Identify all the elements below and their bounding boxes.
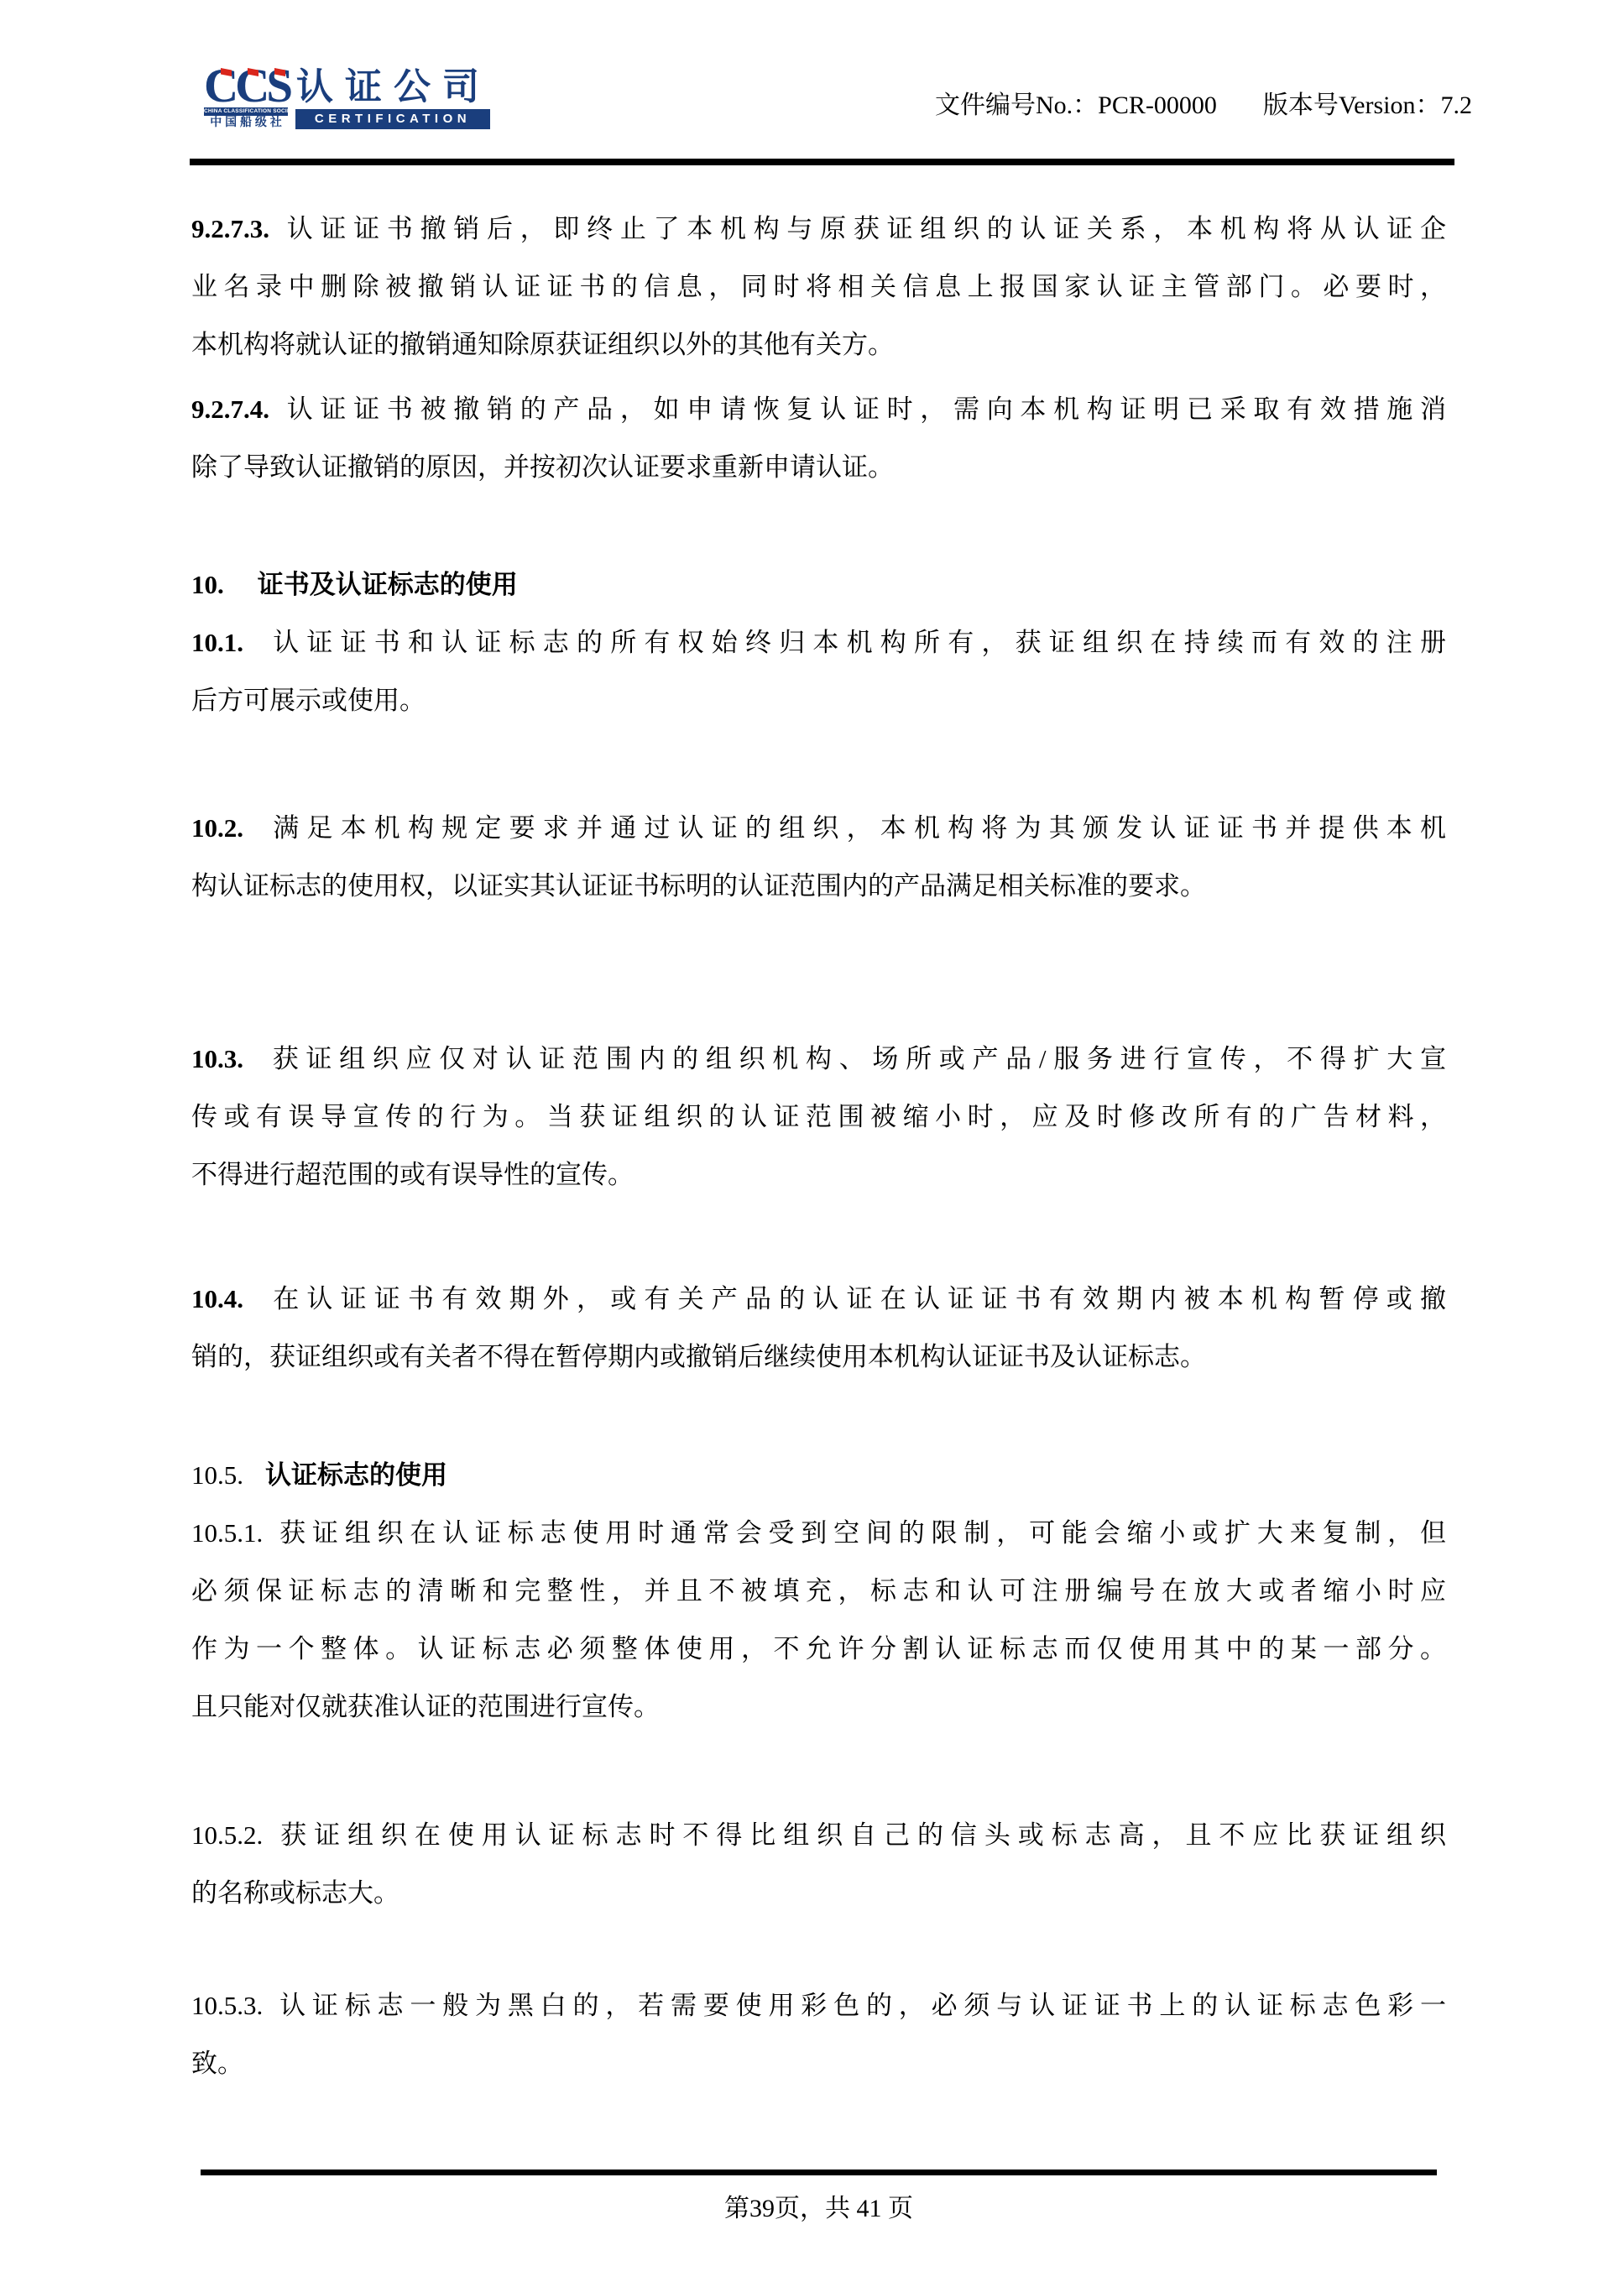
doc-number: 文件编号No.：PCR-00000 <box>935 91 1217 119</box>
text-line: 10.2.满足本机构规定要求并通过认证的组织，本机构将为其颁发认证证书并提供本机 <box>191 799 1446 857</box>
section-10-5-1: 10.5.1.获证组织在认证标志使用时通常会受到空间的限制，可能会缩小或扩大来复… <box>191 1504 1446 1736</box>
line-text: 获证组织在认证标志使用时通常会受到空间的限制，可能会缩小或扩大来复制，但 <box>273 1518 1446 1548</box>
line-text: 满足本机构规定要求并通过认证的组织，本机构将为其颁发认证证书并提供本机 <box>265 813 1446 843</box>
line-text: 不得进行超范围的或有误导性的宣传。 <box>191 1160 634 1189</box>
clause-number: 10.3. <box>191 1044 243 1073</box>
text-line: 的名称或标志大。 <box>191 1864 1446 1922</box>
section-9-2-7-3: 9.2.7.3.认证证书撤销后，即终止了本机构与原获证组织的认证关系，本机构将从… <box>191 200 1446 373</box>
heading-line: 10.5.认证标志的使用 <box>191 1446 1446 1504</box>
line-text: 除了导致认证撤销的原因，并按初次认证要求重新申请认证。 <box>191 452 894 482</box>
clause-number: 10. <box>191 570 224 599</box>
text-line: 10.3.获证组织应仅对认证范围内的组织机构、场所或产品/服务进行宣传，不得扩大… <box>191 1030 1446 1088</box>
text-line: 9.2.7.3.认证证书撤销后，即终止了本机构与原获证组织的认证关系，本机构将从… <box>191 200 1446 258</box>
line-text: 认证证书被撤销的产品，如申请恢复认证时，需向本机构证明已采取有效措施消 <box>279 394 1446 424</box>
line-text: 认证证书和认证标志的所有权始终归本机构所有，获证组织在持续而有效的注册 <box>265 628 1446 657</box>
line-text: 获证组织在使用认证标志时不得比组织自己的信头或标志高，且不应比获证组织 <box>273 1820 1446 1850</box>
header-rule <box>190 159 1454 165</box>
text-line: 10.5.1.获证组织在认证标志使用时通常会受到空间的限制，可能会缩小或扩大来复… <box>191 1504 1446 1562</box>
logo-certification-bar: CERTIFICATION <box>295 109 490 129</box>
line-text: 必须保证标志的清晰和完整性，并且不被填充，标志和认可注册编号在放大或者缩小时应 <box>191 1576 1446 1606</box>
page-number: 第39页，共 41 页 <box>201 2192 1437 2226</box>
text-line: 10.1.认证证书和认证标志的所有权始终归本机构所有，获证组织在持续而有效的注册 <box>191 614 1446 671</box>
text-line: 必须保证标志的清晰和完整性，并且不被填充，标志和认可注册编号在放大或者缩小时应 <box>191 1562 1446 1620</box>
footer-rule <box>201 2170 1437 2175</box>
section-10-5-heading: 10.5.认证标志的使用 <box>191 1446 1446 1504</box>
doc-version: 版本号Version：7.2 <box>1263 91 1472 119</box>
section-10-heading: 10.证书及认证标志的使用 <box>191 556 1446 614</box>
clause-number: 10.4. <box>191 1284 243 1313</box>
text-line: 构认证标志的使用权，以证实其认证证书标明的认证范围内的产品满足相关标准的要求。 <box>191 857 1446 915</box>
line-text: 在认证证书有效期外，或有关产品的认证在认证证书有效期内被本机构暂停或撤 <box>265 1284 1446 1313</box>
heading-text: 证书及认证标志的使用 <box>258 570 518 599</box>
clause-number: 10.5.3. <box>191 1991 263 2020</box>
section-10-3: 10.3.获证组织应仅对认证范围内的组织机构、场所或产品/服务进行宣传，不得扩大… <box>191 1030 1446 1204</box>
line-text: 传或有误导宣传的行为。当获证组织的认证范围被缩小时，应及时修改所有的广告材料， <box>191 1102 1446 1131</box>
text-line: 且只能对仅就获准认证的范围进行宣传。 <box>191 1678 1446 1736</box>
document-body: 9.2.7.3.认证证书撤销后，即终止了本机构与原获证组织的认证关系，本机构将从… <box>191 200 1446 2092</box>
heading-text: 认证标志的使用 <box>265 1460 447 1490</box>
text-line: 10.4.在认证证书有效期外，或有关产品的认证在认证证书有效期内被本机构暂停或撤 <box>191 1270 1446 1328</box>
line-text: 认证证书撤销后，即终止了本机构与原获证组织的认证关系，本机构将从认证企 <box>279 214 1446 243</box>
text-line: 9.2.7.4.认证证书被撤销的产品，如申请恢复认证时，需向本机构证明已采取有效… <box>191 380 1446 438</box>
ccs-logo-letters: CCS <box>204 65 286 107</box>
clause-number: 10.1. <box>191 628 243 657</box>
clause-number: 10.5.2. <box>191 1820 263 1850</box>
text-line: 传或有误导宣传的行为。当获证组织的认证范围被缩小时，应及时修改所有的广告材料， <box>191 1088 1446 1146</box>
section-10-1: 10.1.认证证书和认证标志的所有权始终归本机构所有，获证组织在持续而有效的注册… <box>191 614 1446 729</box>
heading-line: 10.证书及认证标志的使用 <box>191 556 1446 614</box>
line-text: 获证组织应仅对认证范围内的组织机构、场所或产品/服务进行宣传，不得扩大宣 <box>265 1044 1446 1073</box>
line-text: 本机构将就认证的撤销通知除原获证组织以外的其他有关方。 <box>191 330 894 359</box>
text-line: 除了导致认证撤销的原因，并按初次认证要求重新申请认证。 <box>191 438 1446 496</box>
clause-number: 10.5. <box>191 1460 243 1490</box>
text-line: 销的，获证组织或有关者不得在暂停期内或撤销后继续使用本机构认证证书及认证标志。 <box>191 1328 1446 1386</box>
line-text: 销的，获证组织或有关者不得在暂停期内或撤销后继续使用本机构认证证书及认证标志。 <box>191 1342 1206 1371</box>
text-line: 10.5.3.认证标志一般为黑白的，若需要使用彩色的，必须与认证证书上的认证标志… <box>191 1976 1446 2034</box>
section-10-4: 10.4.在认证证书有效期外，或有关产品的认证在认证证书有效期内被本机构暂停或撤… <box>191 1270 1446 1386</box>
line-text: 认证标志一般为黑白的，若需要使用彩色的，必须与认证证书上的认证标志色彩一 <box>273 1991 1446 2020</box>
line-text: 构认证标志的使用权，以证实其认证证书标明的认证范围内的产品满足相关标准的要求。 <box>191 871 1206 901</box>
header-doc-info: 文件编号No.：PCR-00000版本号Version：7.2 <box>935 91 1472 120</box>
clause-number: 10.5.1. <box>191 1518 263 1548</box>
text-line: 后方可展示或使用。 <box>191 671 1446 729</box>
section-10-5-2: 10.5.2.获证组织在使用认证标志时不得比组织自己的信头或标志高，且不应比获证… <box>191 1806 1446 1922</box>
text-line: 10.5.2.获证组织在使用认证标志时不得比组织自己的信头或标志高，且不应比获证… <box>191 1806 1446 1864</box>
line-text: 的名称或标志大。 <box>191 1878 399 1908</box>
logo-company-chinese: 认证公司 <box>296 67 491 107</box>
clause-number: 10.2. <box>191 813 243 843</box>
section-10-5-3: 10.5.3.认证标志一般为黑白的，若需要使用彩色的，必须与认证证书上的认证标志… <box>191 1976 1446 2092</box>
document-page: CCS CHINA CLASSIFICATION SOCIETY 中 国 船 级… <box>0 0 1624 2287</box>
text-line: 作为一个整体。认证标志必须整体使用，不允许分割认证标志而仅使用其中的某一部分。 <box>191 1620 1446 1678</box>
line-text: 后方可展示或使用。 <box>191 686 426 715</box>
clause-number: 9.2.7.3. <box>191 214 269 243</box>
ccs-logo: CCS CHINA CLASSIFICATION SOCIETY 中 国 船 级… <box>204 70 493 131</box>
line-text: 作为一个整体。认证标志必须整体使用，不允许分割认证标志而仅使用其中的某一部分。 <box>191 1634 1446 1663</box>
section-9-2-7-4: 9.2.7.4.认证证书被撤销的产品，如申请恢复认证时，需向本机构证明已采取有效… <box>191 380 1446 496</box>
text-line: 本机构将就认证的撤销通知除原获证组织以外的其他有关方。 <box>191 316 1446 373</box>
text-line: 不得进行超范围的或有误导性的宣传。 <box>191 1146 1446 1204</box>
text-line: 致。 <box>191 2034 1446 2092</box>
line-text: 致。 <box>191 2049 243 2078</box>
line-text: 且只能对仅就获准认证的范围进行宣传。 <box>191 1692 660 1721</box>
clause-number: 9.2.7.4. <box>191 394 269 424</box>
text-line: 业名录中删除被撤销认证证书的信息，同时将相关信息上报国家认证主管部门。必要时， <box>191 258 1446 316</box>
section-10-2: 10.2.满足本机构规定要求并通过认证的组织，本机构将为其颁发认证证书并提供本机… <box>191 799 1446 915</box>
logo-society-chinese: 中 国 船 级 社 <box>204 116 288 128</box>
line-text: 业名录中删除被撤销认证证书的信息，同时将相关信息上报国家认证主管部门。必要时， <box>191 272 1446 301</box>
